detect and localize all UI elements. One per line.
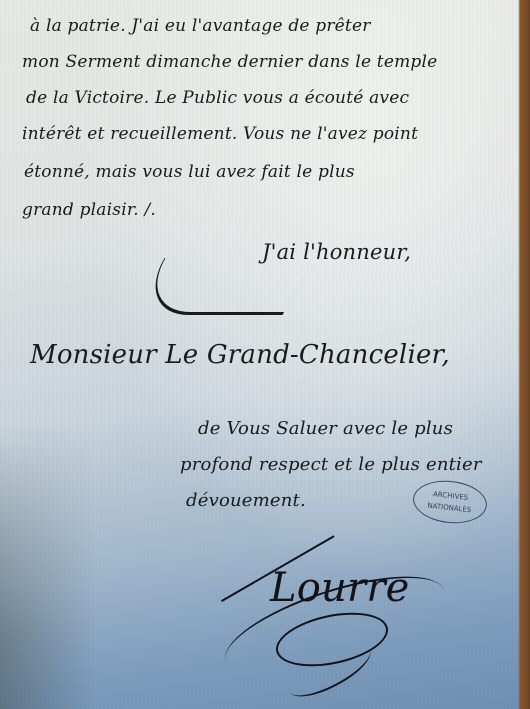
letter-body-line: de la Victoire. Le Public vous a écouté …: [26, 88, 409, 108]
closing-phrase: J'ai l'honneur,: [262, 240, 411, 264]
archives-nationales-stamp: ARCHIVES NATIONALES: [411, 477, 489, 527]
sign-off-line: dévouement.: [186, 490, 306, 511]
letter-photo: à la patrie. J'ai eu l'avantage de prête…: [0, 0, 530, 709]
letter-body-line: grand plaisir. /.: [22, 200, 156, 220]
sign-off-line: de Vous Saluer avec le plus: [198, 418, 453, 439]
letter-body-line: étonné, mais vous lui avez fait le plus: [24, 162, 355, 182]
sign-off-line: profond respect et le plus entier: [180, 454, 482, 475]
salutation: Monsieur Le Grand-Chancelier,: [30, 340, 450, 370]
letter-body-line: à la patrie. J'ai eu l'avantage de prête…: [30, 16, 371, 36]
closing-flourish: [132, 258, 316, 315]
letter-body-line: mon Serment dimanche dernier dans le tem…: [22, 52, 437, 72]
letter-body-line: intérêt et recueillement. Vous ne l'avez…: [22, 124, 418, 144]
